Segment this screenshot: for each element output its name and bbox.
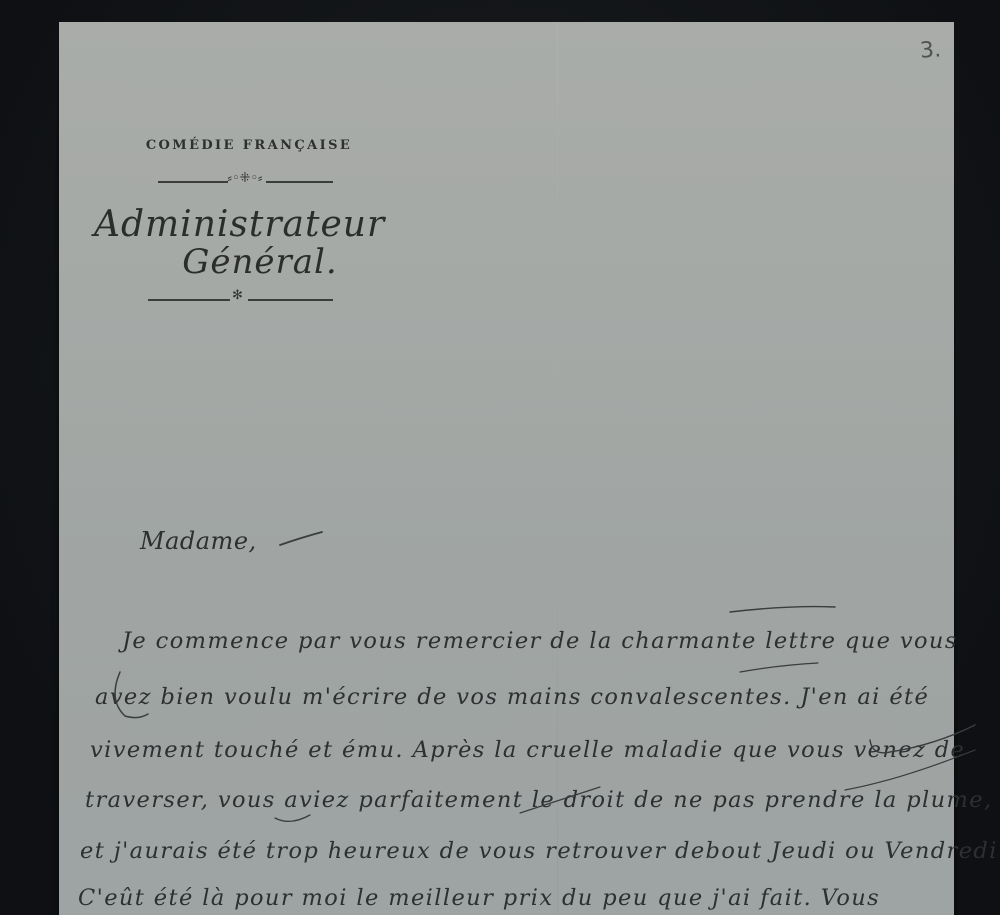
pen-flourish-strokes-icon: [0, 0, 1000, 915]
